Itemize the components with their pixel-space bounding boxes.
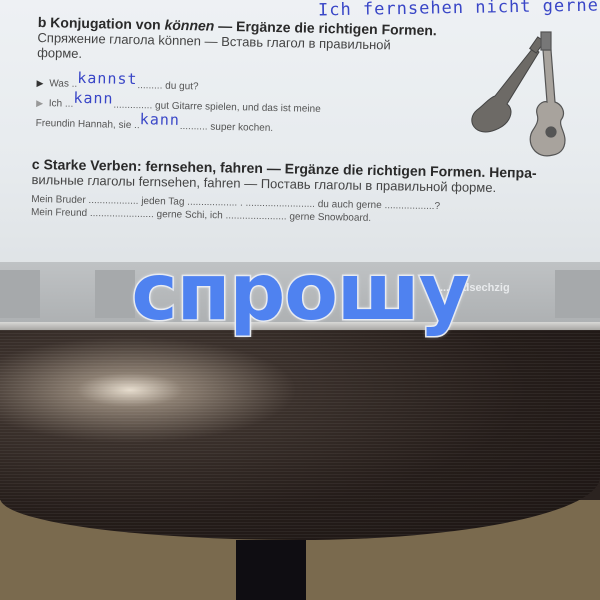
wooden-table [0, 330, 600, 540]
handwritten-answer-top: Ich fernsehen nicht gerne [318, 0, 599, 20]
triangle-bullet-icon: ▶ [36, 98, 43, 108]
exercise-line: Freundin Hannah, sie ..kann.......... su… [36, 112, 466, 137]
handwritten-answer: kann [73, 89, 113, 108]
handwritten-answer: kann [140, 110, 180, 129]
overlay-caption: спрошу [0, 248, 600, 338]
table-leg [236, 540, 306, 600]
guitars-illustration [455, 20, 600, 160]
handwritten-answer: kannst [77, 69, 138, 88]
triangle-bullet-icon: ▶ [36, 78, 43, 88]
section-b: b Konjugation von können — Ergänze die r… [36, 14, 468, 137]
textbook-page: Ich fernsehen nicht gerne b Konjugation … [0, 0, 600, 270]
section-c: c Starke Verben: fernsehen, fahren — Erg… [31, 156, 600, 229]
